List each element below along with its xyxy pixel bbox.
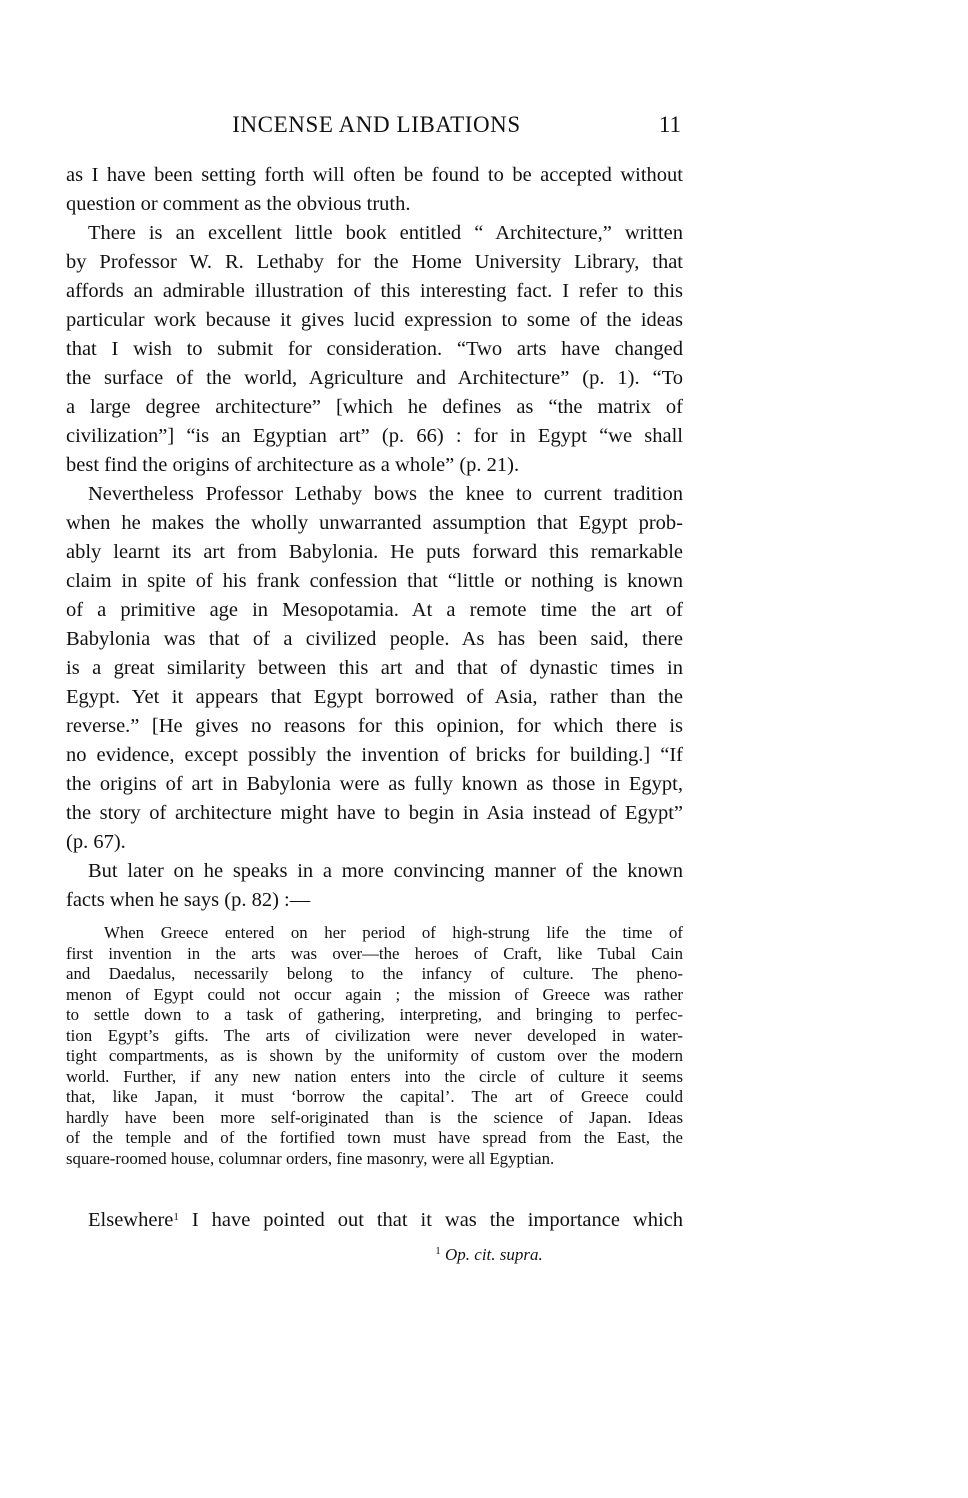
quote-line: world. Further, if any new nation enters… <box>66 1067 683 1087</box>
page-number: 11 <box>659 108 681 142</box>
footnote-text: Op. cit. supra. <box>445 1245 543 1264</box>
quote-line: tight compartments, as is shown by the u… <box>66 1046 683 1066</box>
book-page: INCENSE AND LIBATIONS 11 as I have been … <box>0 0 968 1498</box>
quote-line: and Daedalus, necessarily belong to the … <box>66 964 683 984</box>
paragraph-first-line: Elsewhere1 I have pointed out that it wa… <box>66 1203 683 1231</box>
quote-line: that, like Japan, it must ‘borrow the ca… <box>66 1087 683 1107</box>
text-line: (p. 67). <box>66 828 683 856</box>
text-line: as I have been setting forth will often … <box>66 161 683 189</box>
running-title: INCENSE AND LIBATIONS <box>66 108 683 142</box>
footnote-marker: 1 <box>435 1245 441 1257</box>
running-head: INCENSE AND LIBATIONS 11 <box>66 108 683 142</box>
text-line: of a primitive age in Mesopotamia. At a … <box>66 596 683 624</box>
quote-line: of the temple and of the fortified town … <box>66 1128 683 1148</box>
footnote: 1 Op. cit. supra. <box>0 1239 968 1267</box>
text-run: I have pointed out that it was the impor… <box>179 1209 683 1231</box>
text-line: Egypt. Yet it appears that Egypt borrowe… <box>66 683 683 711</box>
text-line: question or comment as the obvious truth… <box>66 190 683 218</box>
text-line: reverse.” [He gives no reasons for this … <box>66 712 683 740</box>
quote-line: square-roomed house, columnar orders, fi… <box>66 1149 683 1169</box>
text-line: the origins of art in Babylonia were as … <box>66 770 683 798</box>
text-line: Babylonia was that of a civilized people… <box>66 625 683 653</box>
text-line: the story of architecture might have to … <box>66 799 683 827</box>
text-line: that I wish to submit for consideration.… <box>66 335 683 363</box>
paragraph-first-line: Nevertheless Professor Lethaby bows the … <box>66 480 683 508</box>
quote-line: hardly have been more self-originated th… <box>66 1108 683 1128</box>
paragraph-first-line: But later on he speaks in a more convinc… <box>66 857 683 885</box>
text-line: civilization”] “is an Egyptian art” (p. … <box>66 422 683 450</box>
text-line: the surface of the world, Agriculture an… <box>66 364 683 392</box>
text-line: best find the origins of architecture as… <box>66 451 683 479</box>
quote-line: first invention in the arts was over—the… <box>66 944 683 964</box>
text-line: by Professor W. R. Lethaby for the Home … <box>66 248 683 276</box>
text-line: ably learnt its art from Babylonia. He p… <box>66 538 683 566</box>
text-line: a large degree architecture” [which he d… <box>66 393 683 421</box>
quote-line: When Greece entered on her period of hig… <box>66 923 683 943</box>
paragraph-first-line: There is an excellent little book entitl… <box>66 219 683 247</box>
quote-line: menon of Egypt could not occur again ; t… <box>66 985 683 1005</box>
text-line: no evidence, except possibly the inventi… <box>66 741 683 769</box>
text-line: when he makes the wholly unwarranted ass… <box>66 509 683 537</box>
text-run: Elsewhere <box>88 1209 173 1231</box>
text-line: claim in spite of his frank confession t… <box>66 567 683 595</box>
text-line: is a great similarity between this art a… <box>66 654 683 682</box>
quote-line: tion Egypt’s gifts. The arts of civiliza… <box>66 1026 683 1046</box>
text-line: particular work because it gives lucid e… <box>66 306 683 334</box>
quote-line: to settle down to a task of gathering, i… <box>66 1005 683 1025</box>
text-line: affords an admirable illustration of thi… <box>66 277 683 305</box>
text-line: facts when he says (p. 82) :— <box>66 886 683 914</box>
